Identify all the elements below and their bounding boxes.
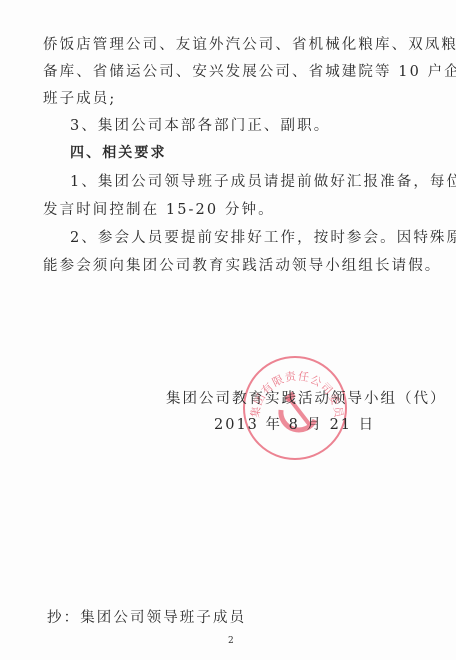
paragraph-line: 备库、省储运公司、安兴发展公司、省城建院等 10 户企业领导 [43,60,456,81]
paragraph-line: 侨饭店管理公司、友谊外汽公司、省机械化粮库、双凤粮食储 [43,33,456,54]
requirement-line: 2、参会人员要提前安排好工作，按时参会。因特殊原因不 [70,226,456,247]
paragraph-line: 班子成员; [43,87,116,108]
requirement-line: 能参会须向集团公司教育实践活动领导小组组长请假。 [43,254,441,275]
signature-date: 2013 年 8 月 21 日 [214,413,375,434]
cc-line: 抄：集团公司领导班子成员 [47,606,246,627]
seal-emblem-icon: 集团有限责任公司委员会 [245,358,349,462]
paragraph-line: 3、集团公司本部各部门正、副职。 [70,114,330,135]
signature-organization: 集团公司教育实践活动领导小组（代） [166,387,447,408]
section-heading: 四、相关要求 [70,142,167,162]
requirement-line: 1、集团公司领导班子成员请提前做好汇报准备，每位汇报 [70,170,456,191]
official-seal: 集团有限责任公司委员会 [243,356,347,460]
requirement-line: 发言时间控制在 15-20 分钟。 [43,198,275,219]
page-number: 2 [228,636,234,646]
